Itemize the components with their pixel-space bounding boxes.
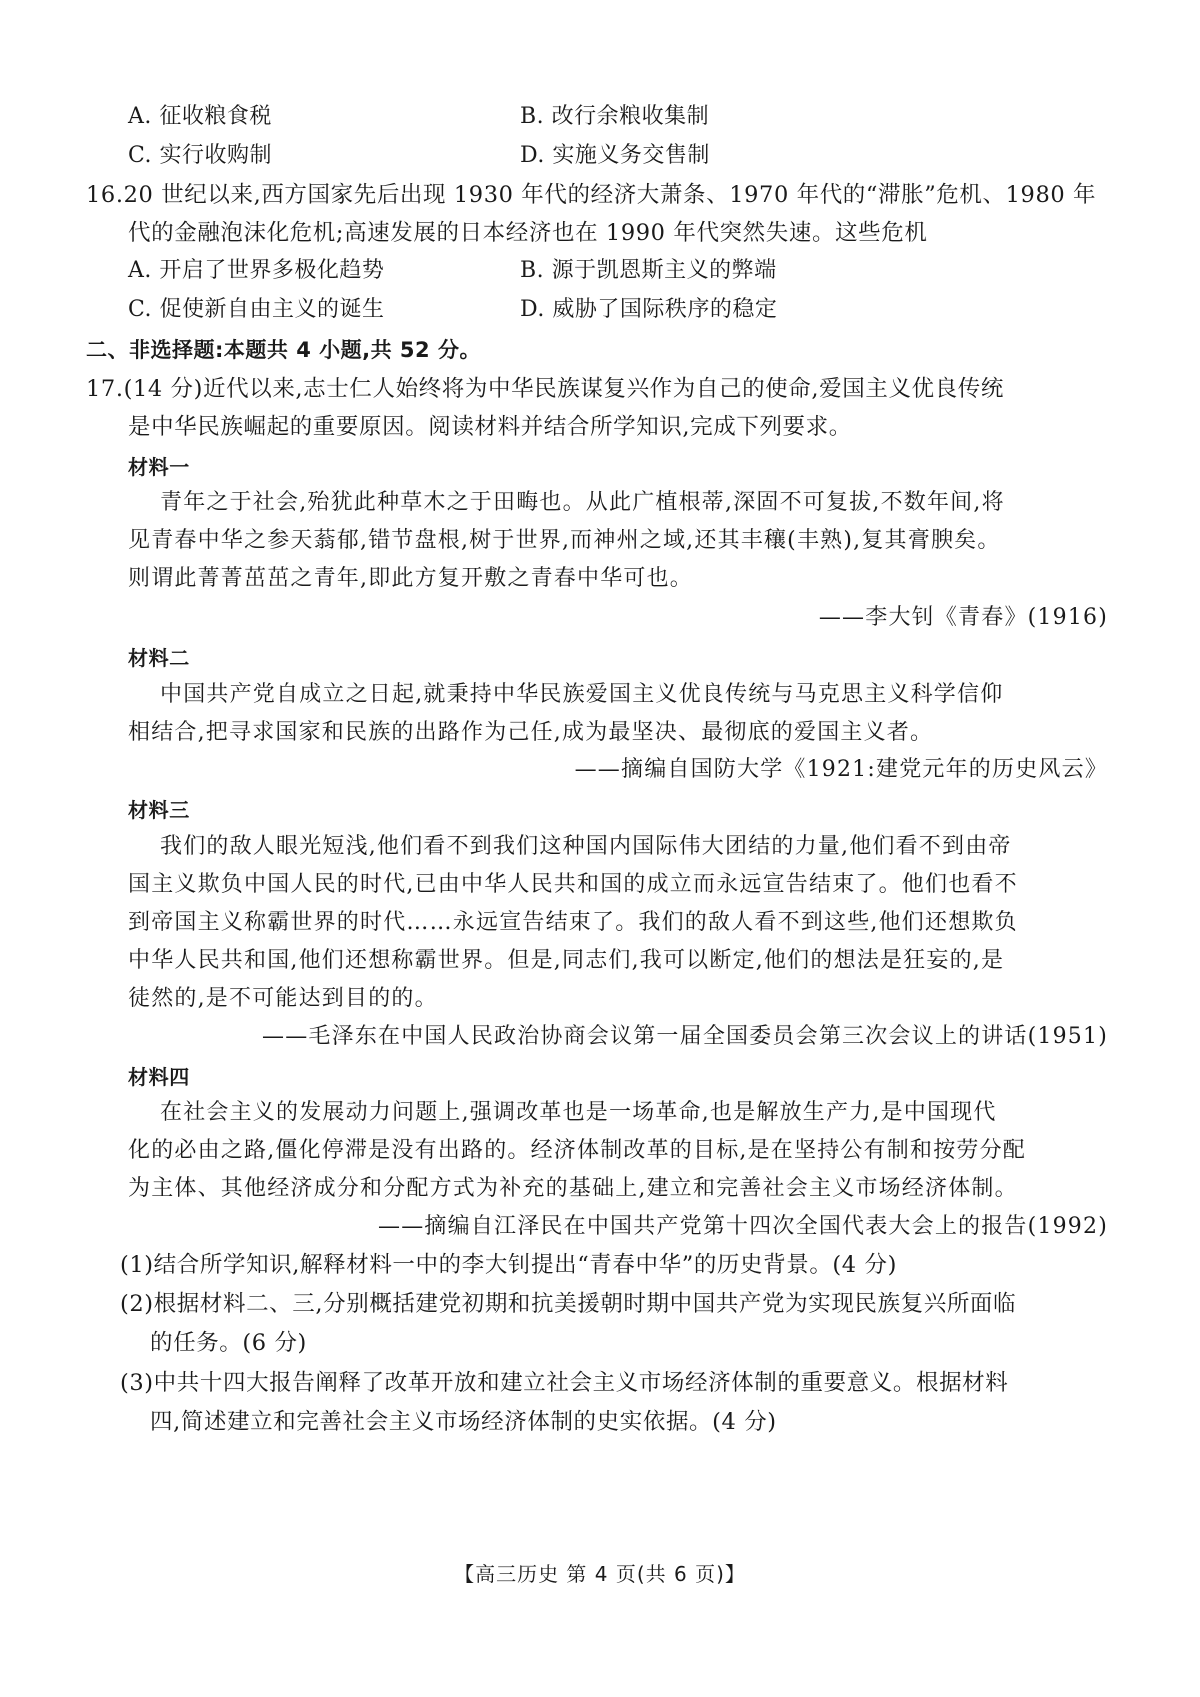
material-3-line: 我们的敌人眼光短浅,他们看不到我们这种国内国际伟大团结的力量,他们看不到由帝 [160,832,1012,862]
material-1-line: 青年之于社会,殆犹此种草木之于田畮也。从此广植根蒂,深固不可复拔,不数年间,将 [160,488,1005,518]
material-1-source: ——李大钊《青春》(1916) [819,603,1108,633]
material-2-line: 相结合,把寻求国家和民族的出路作为己任,成为最坚决、最彻底的爱国主义者。 [128,718,933,748]
material-4-line: 在社会主义的发展动力问题上,强调改革也是一场革命,也是解放生产力,是中国现代 [160,1098,997,1128]
subquestion-2: (2)根据材料二、三,分别概括建党初期和抗美援朝时期中国共产党为实现民族复兴所面… [120,1289,1016,1319]
material-3-line: 徒然的,是不可能达到目的的。 [128,984,438,1014]
material-3-line: 到帝国主义称霸世界的时代……永远宣告结束了。我们的敌人看不到这些,他们还想欺负 [128,908,1018,938]
subquestion-2-cont: 的任务。(6 分) [150,1328,307,1358]
q16-option-d: D. 威胁了国际秩序的稳定 [520,295,777,325]
q15-option-d: D. 实施义务交售制 [520,141,710,171]
q16-option-c: C. 促使新自由主义的诞生 [128,295,385,325]
material-2-label: 材料二 [128,643,190,673]
material-4-line: 为主体、其他经济成分和分配方式为补充的基础上,建立和完善社会主义市场经济体制。 [128,1174,1018,1204]
q17-stem-line2: 是中华民族崛起的重要原因。阅读材料并结合所学知识,完成下列要求。 [128,412,852,442]
material-1-line: 见青春中华之参天蓊郁,错节盘根,树于世界,而神州之域,还其丰穰(丰熟),复其膏腴… [128,526,1001,556]
q15-option-b: B. 改行余粮收集制 [520,102,709,132]
page-footer: 【高三历史 第 4 页(共 6 页)】 [0,1558,1200,1587]
q15-option-a: A. 征收粮食税 [128,102,272,132]
material-4-label: 材料四 [128,1062,190,1092]
material-3-source: ——毛泽东在中国人民政治协商会议第一届全国委员会第三次会议上的讲话(1951) [262,1022,1108,1052]
material-3-line: 中华人民共和国,他们还想称霸世界。但是,同志们,我可以断定,他们的想法是狂妄的,… [128,946,1004,976]
section-heading: 二、非选择题:本题共 4 小题,共 52 分。 [86,335,481,365]
q15-option-c: C. 实行收购制 [128,141,272,171]
material-4-line: 化的必由之路,僵化停滞是没有出路的。经济体制改革的目标,是在坚持公有制和按劳分配 [128,1136,1026,1166]
exam-page: A. 征收粮食税 B. 改行余粮收集制 C. 实行收购制 D. 实施义务交售制 … [0,0,1200,1697]
subquestion-3-cont: 四,简述建立和完善社会主义市场经济体制的史实依据。(4 分) [150,1407,777,1437]
material-2-source: ——摘编自国防大学《1921:建党元年的历史风云》 [575,755,1108,785]
material-1-label: 材料一 [128,452,190,482]
q17-stem-line1: 17.(14 分)近代以来,志士仁人始终将为中华民族谋复兴作为自己的使命,爱国主… [86,374,1004,404]
material-2-line: 中国共产党自成立之日起,就秉持中华民族爱国主义优良传统与马克思主义科学信仰 [160,680,1003,710]
material-1-line: 则谓此菁菁茁茁之青年,即此方复开敷之青春中华可也。 [128,564,693,594]
subquestion-1: (1)结合所学知识,解释材料一中的李大钊提出“青春中华”的历史背景。(4 分) [120,1250,897,1280]
material-4-source: ——摘编自江泽民在中国共产党第十四次全国代表大会上的报告(1992) [378,1212,1108,1242]
q16-option-a: A. 开启了世界多极化趋势 [128,256,384,286]
material-3-line: 国主义欺负中国人民的时代,已由中华人民共和国的成立而永远宣告结束了。他们也看不 [128,870,1018,900]
q16-stem-line2: 代的金融泡沫化危机;高速发展的日本经济也在 1990 年代突然失速。这些危机 [128,218,927,248]
subquestion-3: (3)中共十四大报告阐释了改革开放和建立社会主义市场经济体制的重要意义。根据材料 [120,1368,1008,1398]
q16-option-b: B. 源于凯恩斯主义的弊端 [520,256,777,286]
q16-stem-line1: 16.20 世纪以来,西方国家先后出现 1930 年代的经济大萧条、1970 年… [86,180,1096,210]
material-3-label: 材料三 [128,795,190,825]
